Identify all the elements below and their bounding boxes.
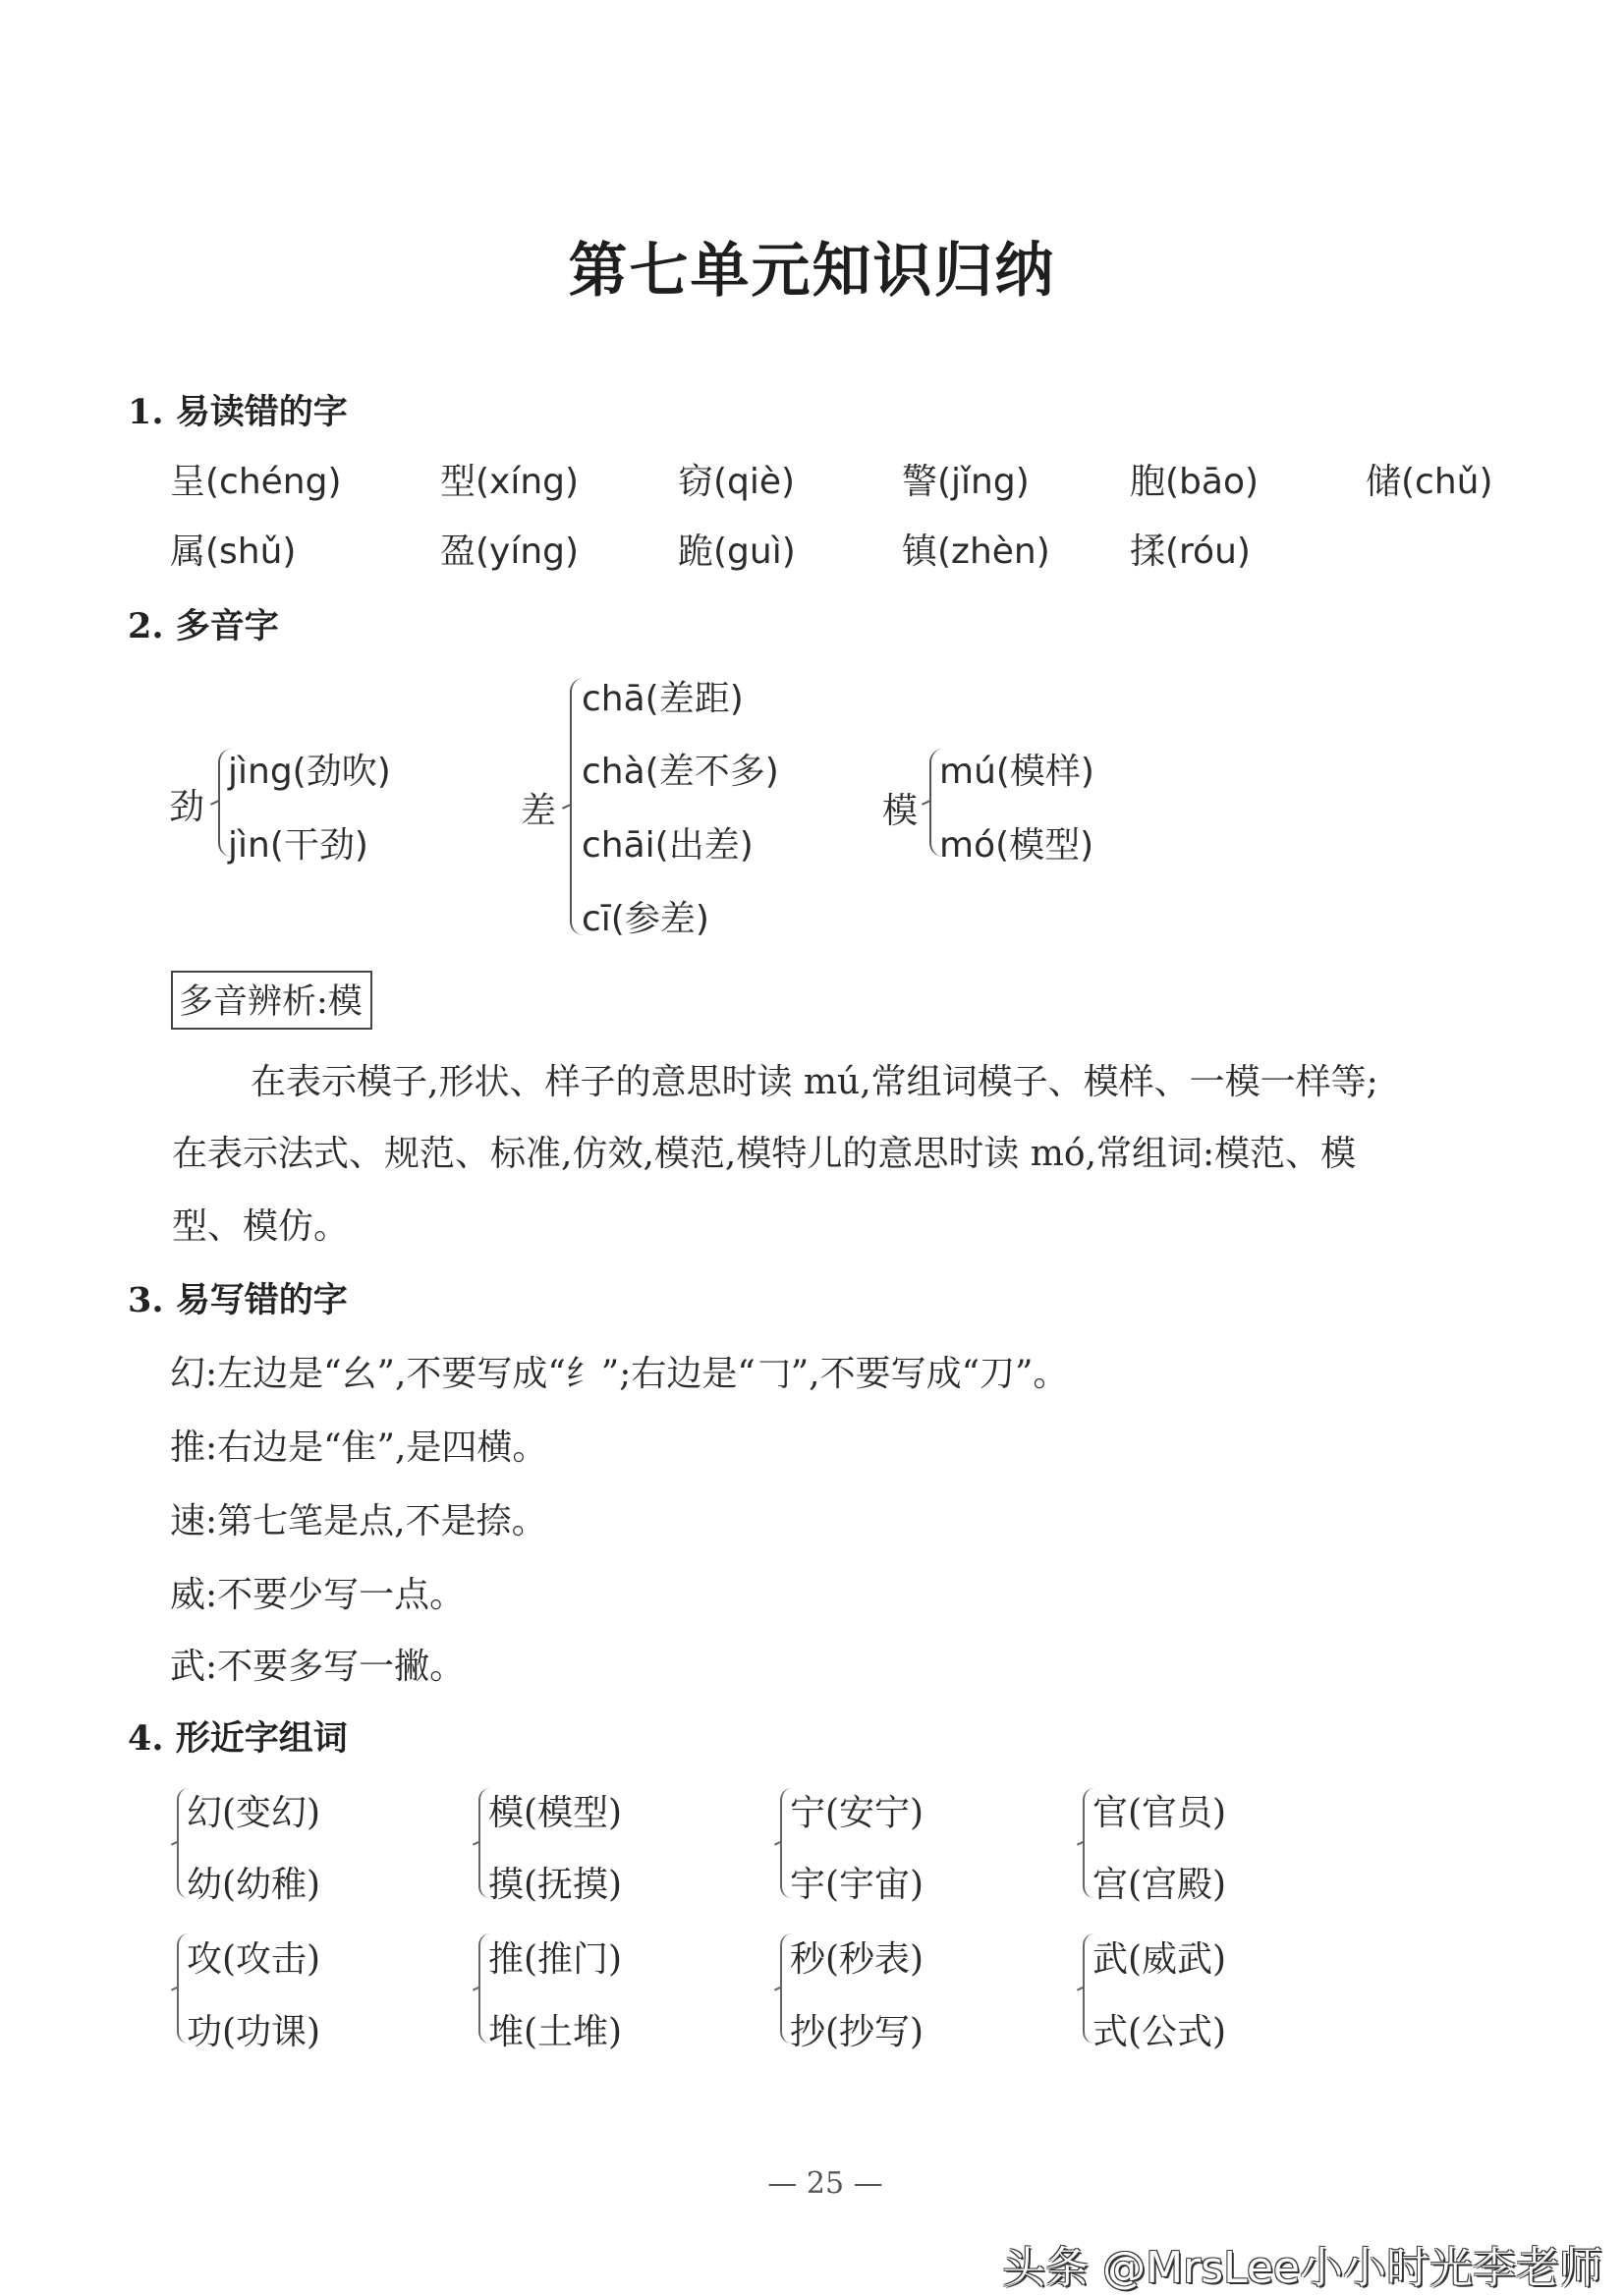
polyphone-reading: jìng(劲吹) [228,744,391,794]
pair-word: 官(官员) [1092,1785,1226,1835]
list-item: 储(chǔ) [1366,454,1493,504]
pair-word: 模(模型) [488,1785,622,1835]
list-item: 速:第七笔是点,不是捺。 [170,1493,547,1543]
pair-word: 功(功课) [187,2004,320,2054]
analysis-paragraph-line: 型、模仿。 [172,1199,349,1249]
section-heading-2: 2. 多音字 [128,599,279,648]
list-item: 推:右边是“隹”,是四横。 [170,1420,547,1470]
analysis-paragraph-line: 在表示模子,形状、样子的意思时读 mú,常组词模子、模样、一模一样等; [251,1054,1378,1104]
list-item: 胞(bāo) [1130,454,1259,504]
pair-word: 幼(幼稚) [187,1857,320,1907]
pair-word: 抄(抄写) [790,2004,924,2054]
page-number: — 25 — [0,2166,1624,2201]
list-item: 型(xíng) [440,454,579,504]
polyphone-reading: mú(模样) [939,744,1094,794]
list-item: 警(jǐng) [902,454,1030,504]
polyphone-reading: mó(模型) [939,817,1093,868]
polyphone-reading: chà(差不多) [582,744,779,794]
pair-word: 推(推门) [488,1932,622,1982]
polyphone-reading: chāi(出差) [582,817,754,868]
watermark: 头条 @MrsLee小小时光李老师 [1002,2232,1602,2295]
section-heading-4: 4. 形近字组词 [128,1711,348,1761]
polyphone-char: 差 [521,783,556,833]
section-heading-1: 1. 易读错的字 [128,385,348,434]
list-item: 属(shǔ) [170,524,296,574]
list-item: 跪(guì) [678,524,796,574]
pair-word: 武(威武) [1092,1932,1226,1982]
list-item: 揉(róu) [1130,524,1251,574]
analysis-label-box: 多音辨析:模 [171,971,372,1030]
list-item: 武:不要多写一撇。 [170,1639,465,1689]
list-item: 呈(chéng) [170,454,342,504]
list-item: 镇(zhèn) [902,524,1050,574]
list-item: 盈(yíng) [440,524,579,574]
pair-word: 宫(宫殿) [1092,1857,1226,1907]
page-title: 第七单元知识归纳 [0,224,1624,308]
list-item: 幻:左边是“幺”,不要写成“纟”;右边是“𠃌”,不要写成“刀”。 [170,1346,1068,1396]
pair-word: 式(公式) [1092,2004,1226,2054]
pair-word: 攻(攻击) [187,1932,320,1982]
pair-word: 宁(安宁) [790,1785,924,1835]
list-item: 窃(qiè) [678,454,795,504]
pair-word: 堆(土堆) [488,2004,622,2054]
pair-word: 幻(变幻) [187,1785,320,1835]
polyphone-char: 劲 [169,779,204,829]
analysis-paragraph-line: 在表示法式、规范、标准,仿效,模范,模特儿的意思时读 mó,常组词:模范、模 [172,1126,1356,1176]
polyphone-reading: chā(差距) [582,671,744,721]
pair-word: 秒(秒表) [790,1932,924,1982]
polyphone-reading: cī(参差) [582,891,709,941]
pair-word: 宇(宇宙) [790,1857,924,1907]
pair-word: 摸(抚摸) [488,1857,622,1907]
polyphone-char: 模 [882,783,918,833]
list-item: 威:不要少写一点。 [170,1567,465,1617]
polyphone-reading: jìn(干劲) [228,817,368,868]
section-heading-3: 3. 易写错的字 [128,1273,348,1322]
